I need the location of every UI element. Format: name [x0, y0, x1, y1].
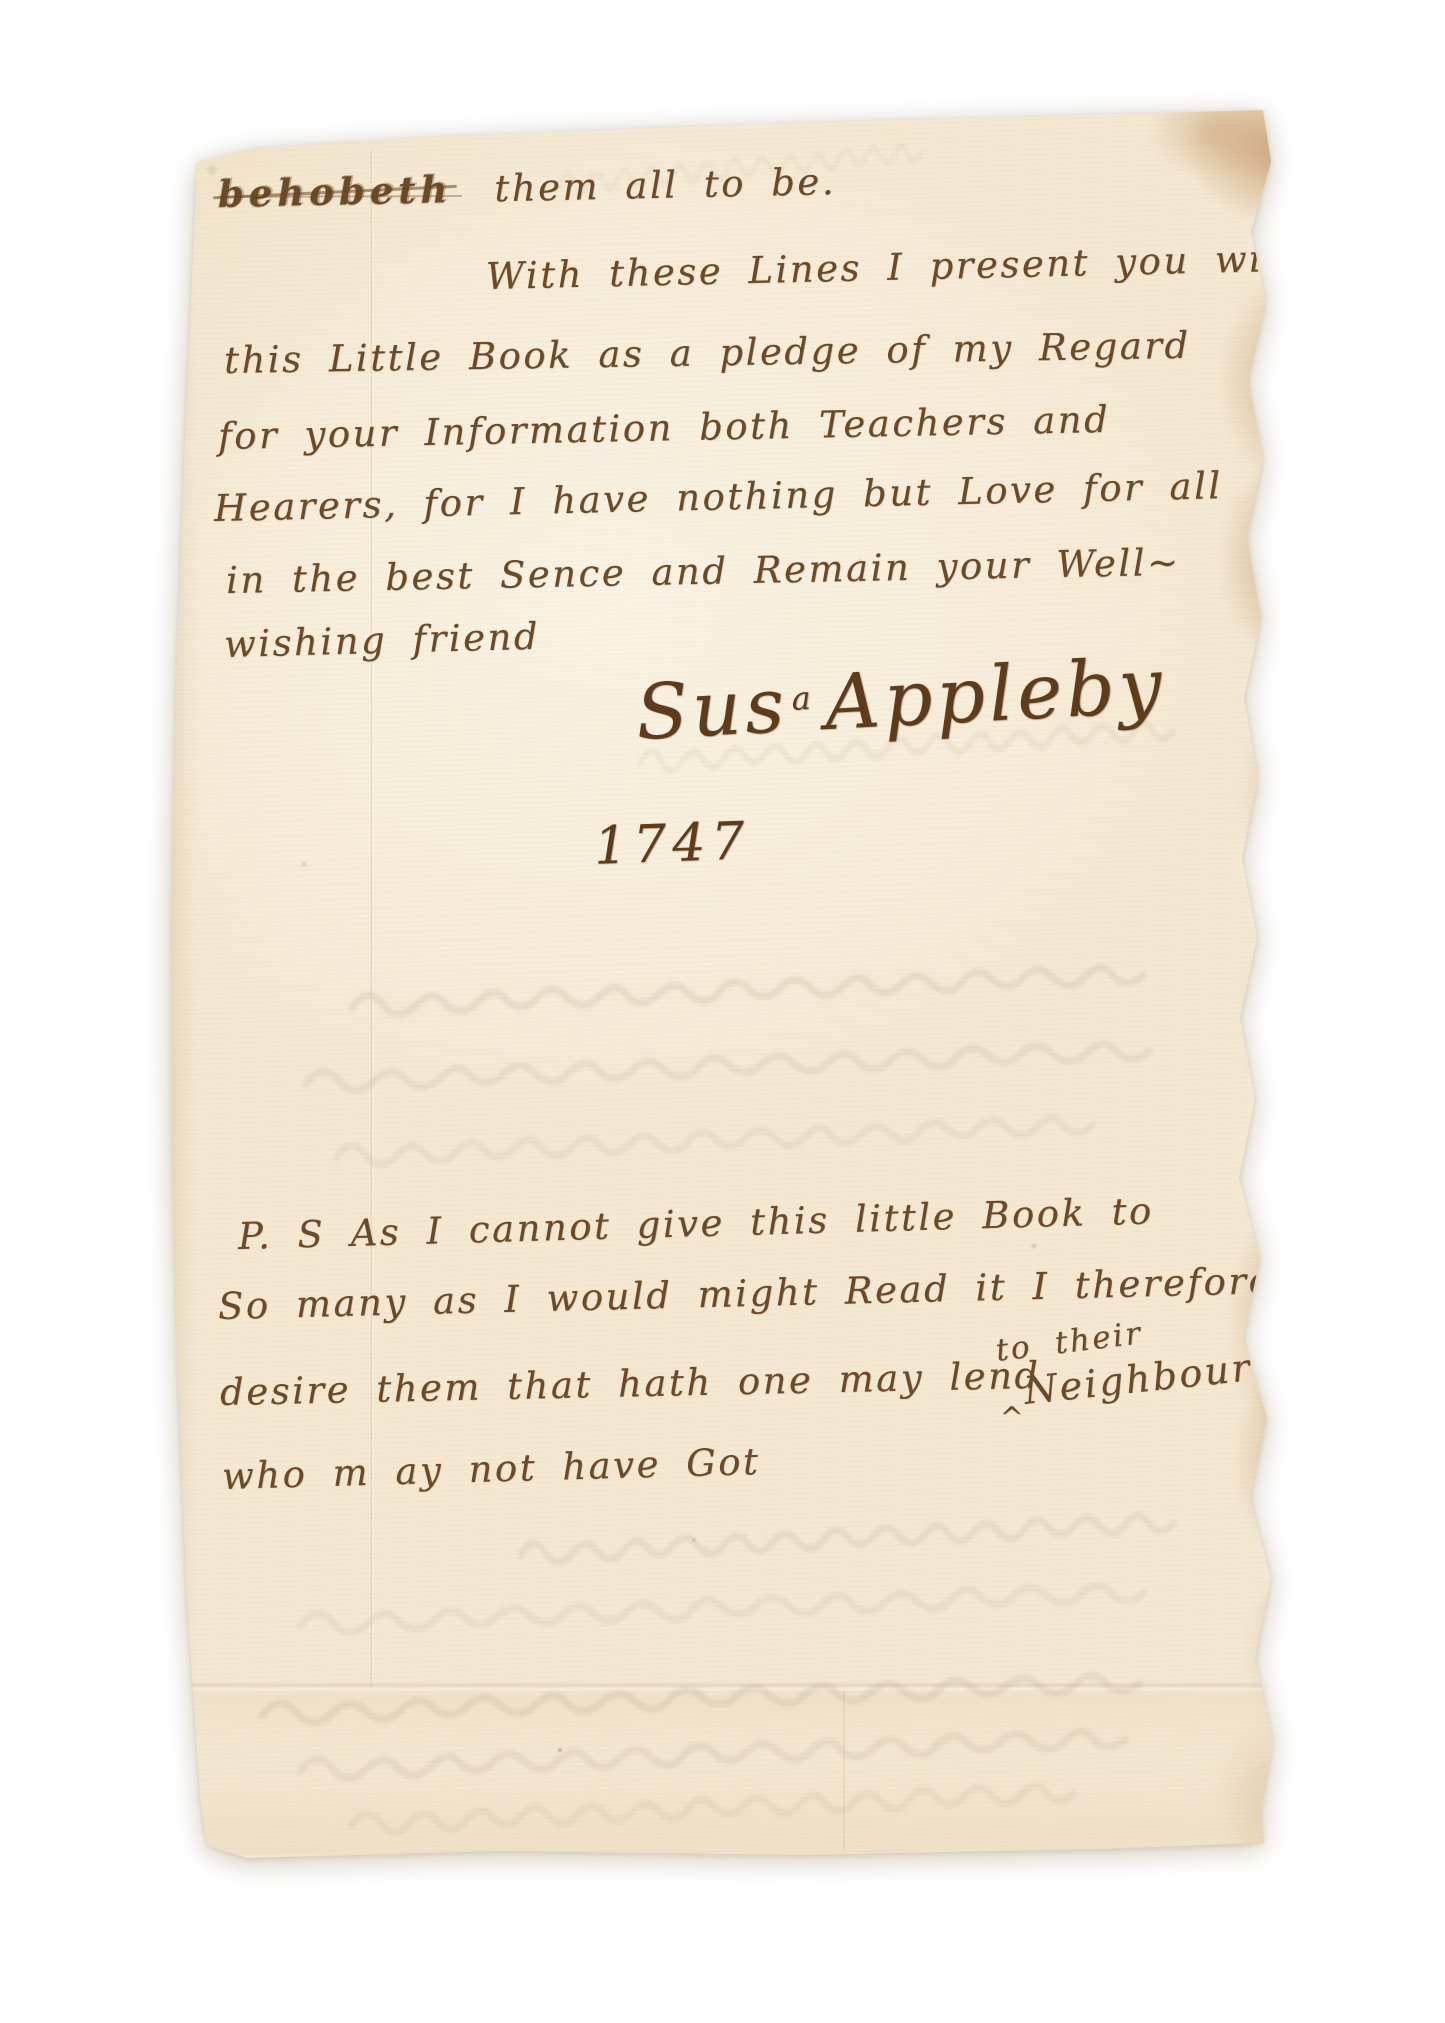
edge-vignette — [0, 0, 1445, 2023]
manuscript-page: behobeththem all to be. With these Lines… — [0, 0, 1445, 2023]
photo-background: behobeththem all to be. With these Lines… — [0, 0, 1445, 2023]
paper-sheet: behobeththem all to be. With these Lines… — [0, 0, 1445, 2023]
